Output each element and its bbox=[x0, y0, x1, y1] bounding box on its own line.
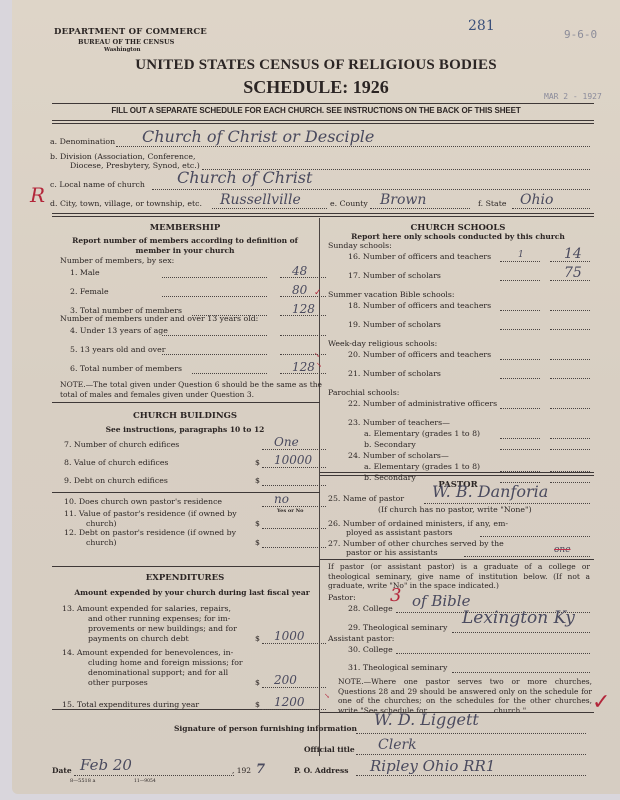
address-line bbox=[356, 775, 586, 776]
signature-field[interactable]: W. D. Liggett bbox=[374, 710, 479, 729]
date-field[interactable]: Feb 20 bbox=[80, 756, 132, 774]
membership-q5-line bbox=[280, 354, 326, 355]
school-field-2[interactable] bbox=[550, 471, 590, 472]
bureau-city: Washington bbox=[104, 47, 141, 53]
denomination-field[interactable]: Church of Christ or Desciple bbox=[142, 127, 374, 146]
membership-q3-field[interactable]: 128 bbox=[292, 302, 315, 316]
membership-note: NOTE.—The total given under Question 6 s… bbox=[60, 380, 322, 399]
address-field[interactable]: Ripley Ohio RR1 bbox=[370, 757, 495, 775]
buildings-q11-label: 11. Value of pastor's residence (if owne… bbox=[64, 509, 237, 518]
membership-q1-field[interactable]: 48 bbox=[292, 264, 307, 278]
buildings-q10-line bbox=[262, 506, 326, 507]
school-value-2[interactable]: 14 bbox=[564, 246, 582, 262]
divider bbox=[320, 559, 594, 560]
year-field[interactable]: 7 bbox=[256, 762, 265, 777]
school-item-label: a. Elementary (grades 1 to 8) bbox=[364, 429, 480, 438]
q29-line bbox=[452, 632, 590, 633]
school-value-1[interactable]: 1 bbox=[518, 250, 524, 260]
expenditure-q14-label: denominational support; and for all bbox=[88, 668, 228, 677]
county-line bbox=[370, 208, 470, 209]
department-name: DEPARTMENT OF COMMERCE bbox=[54, 27, 207, 37]
membership-q5-label: 5. 13 years old and over bbox=[70, 345, 165, 354]
q28-red-mark: 3 bbox=[390, 585, 401, 606]
buildings-q11-label-2: church) bbox=[86, 519, 117, 528]
buildings-subheading: See instructions, paragraphs 10 to 12 bbox=[52, 425, 318, 434]
school-item-label: 19. Number of scholars bbox=[348, 320, 441, 329]
leader-dots bbox=[162, 277, 267, 278]
school-item-label: a. Elementary (grades 1 to 8) bbox=[364, 462, 480, 471]
state-line bbox=[512, 208, 590, 209]
divider bbox=[52, 402, 320, 403]
school-field-1[interactable] bbox=[500, 378, 540, 379]
local-name-field[interactable]: Church of Christ bbox=[177, 168, 312, 187]
membership-heading: MEMBERSHIP bbox=[52, 223, 318, 233]
state-label: f. State bbox=[478, 199, 506, 208]
school-item-label: 24. Number of scholars— bbox=[348, 451, 449, 460]
expenditure-q15-label: 15. Total expenditures during year bbox=[62, 700, 199, 709]
stamp-number: 281 bbox=[468, 18, 495, 34]
buildings-q8-field[interactable]: 10000 bbox=[274, 453, 312, 467]
buildings-q12-line bbox=[262, 547, 326, 548]
school-item-label: 22. Number of administrative officers bbox=[348, 399, 497, 408]
by-sex-label: Number of members, by sex: bbox=[60, 256, 174, 265]
leader-dots bbox=[192, 373, 267, 374]
assistant-pastor-label: Assistant pastor: bbox=[328, 634, 394, 643]
buildings-q12-label: 12. Debt on pastor's residence (if owned… bbox=[64, 528, 236, 537]
dollar-sign: $ bbox=[255, 458, 260, 467]
expenditure-q13-line bbox=[262, 643, 326, 644]
dollar-sign: $ bbox=[255, 634, 260, 643]
expenditure-q14-line bbox=[262, 687, 326, 688]
school-item-label: b. Secondary bbox=[364, 473, 416, 482]
divider bbox=[52, 120, 594, 121]
denomination-label: a. Denomination bbox=[50, 137, 115, 146]
red-tick-mark: ↘ bbox=[316, 361, 322, 369]
q27-line bbox=[464, 556, 590, 557]
date-label: Date bbox=[52, 766, 72, 775]
graduate-note: If pastor (or assistant pastor) is a gra… bbox=[328, 562, 590, 591]
seminary-field[interactable]: Lexington Ky bbox=[462, 608, 575, 628]
school-field-1[interactable] bbox=[500, 449, 540, 450]
year-prefix: , 192 bbox=[232, 766, 251, 775]
school-item-label: 18. Number of officers and teachers bbox=[348, 301, 491, 310]
school-item-label: b. Secondary bbox=[364, 440, 416, 449]
form-title: UNITED STATES CENSUS OF RELIGIOUS BODIES bbox=[12, 57, 620, 74]
school-item-label: 23. Number of teachers— bbox=[348, 418, 450, 427]
school-field-1[interactable] bbox=[500, 261, 540, 262]
q26-field[interactable] bbox=[480, 536, 590, 537]
membership-q4-label: 4. Under 13 years of age bbox=[70, 326, 168, 335]
q27-label-2: pastor or his assistants bbox=[346, 548, 438, 557]
q25-hint: (If church has no pastor, write "None") bbox=[378, 505, 532, 514]
school-field-1[interactable] bbox=[500, 359, 540, 360]
expenditure-q13-label: 13. Amount expended for salaries, repair… bbox=[62, 604, 231, 613]
buildings-q10-label: 10. Does church own pastor's residence bbox=[64, 497, 222, 506]
dollar-sign: $ bbox=[255, 538, 260, 547]
local-name-line bbox=[152, 189, 590, 190]
membership-q2-label: 2. Female bbox=[70, 287, 109, 296]
local-name-label: c. Local name of church bbox=[50, 180, 145, 189]
school-item-label: 17. Number of scholars bbox=[348, 271, 441, 280]
expenditure-q15-field[interactable]: 1200 bbox=[274, 695, 305, 709]
q26-label-2: ployed as assistant pastors bbox=[346, 528, 453, 537]
divider bbox=[320, 475, 594, 476]
pastor-label: Pastor: bbox=[328, 593, 356, 602]
expenditures-heading: EXPENDITURES bbox=[52, 573, 318, 583]
census-schedule-sheet: DEPARTMENT OF COMMERCE BUREAU OF THE CEN… bbox=[12, 0, 620, 794]
buildings-q10-field[interactable]: no bbox=[274, 492, 289, 506]
leader-dots bbox=[162, 296, 267, 297]
school-field-2[interactable] bbox=[550, 329, 590, 330]
expenditure-q13-label: provements or new buildings; and for bbox=[88, 624, 237, 633]
assistant-college-field[interactable] bbox=[396, 653, 590, 654]
leader-dots bbox=[162, 354, 267, 355]
divider bbox=[52, 213, 594, 214]
membership-intro-1: Report number of members according to de… bbox=[52, 236, 318, 245]
schedule-title: SCHEDULE: 1926 bbox=[12, 77, 620, 98]
leader-dots bbox=[192, 315, 267, 316]
buildings-q12-label-2: church) bbox=[86, 538, 117, 547]
expenditures-subheading: Amount expended by your church during la… bbox=[67, 588, 317, 597]
buildings-q9-line bbox=[262, 485, 326, 486]
city-field[interactable]: Russellville bbox=[220, 192, 301, 208]
buildings-q8-label: 8. Value of church edifices bbox=[64, 458, 168, 467]
buildings-q9-label: 9. Debt on church edifices bbox=[64, 476, 168, 485]
assistant-seminary-field[interactable] bbox=[452, 672, 590, 673]
official-title-line bbox=[356, 754, 586, 755]
school-group-title: Summer vacation Bible schools: bbox=[328, 290, 455, 299]
buildings-q7-field[interactable]: One bbox=[274, 435, 299, 449]
school-field-1[interactable] bbox=[500, 438, 540, 439]
school-value-2[interactable]: 75 bbox=[564, 265, 582, 281]
membership-q4-line bbox=[280, 335, 326, 336]
school-field-1[interactable] bbox=[500, 408, 540, 409]
stamp-code: 9-6-0 bbox=[564, 28, 597, 41]
received-date-stamp: MAR 2 - 1927 bbox=[544, 92, 602, 101]
address-label: P. O. Address bbox=[294, 766, 348, 775]
expenditure-q14-label: other purposes bbox=[88, 678, 148, 687]
divider bbox=[52, 216, 594, 217]
school-field-2[interactable] bbox=[550, 482, 590, 483]
q30-label: 30. College bbox=[348, 645, 393, 654]
school-group-title: Parochial schools: bbox=[328, 388, 399, 397]
signature-line bbox=[356, 733, 586, 734]
buildings-q8-line bbox=[262, 467, 326, 468]
red-check-mark: ✓ bbox=[592, 690, 610, 715]
q31-label: 31. Theological seminary bbox=[348, 663, 447, 672]
buildings-q11-line bbox=[262, 528, 326, 529]
bureau-name: BUREAU OF THE CENSUS bbox=[78, 38, 174, 46]
expenditure-q14-label: 14. Amount expended for benevolences, in… bbox=[62, 648, 233, 657]
q25-label: 25. Name of pastor bbox=[328, 494, 404, 503]
q29-label: 29. Theological seminary bbox=[348, 623, 447, 632]
official-title-field[interactable]: Clerk bbox=[378, 737, 417, 753]
expenditure-q14-label: cluding home and foreign missions; for bbox=[88, 658, 243, 667]
date-line bbox=[74, 775, 234, 776]
school-field-2[interactable] bbox=[550, 438, 590, 439]
divider bbox=[320, 472, 594, 473]
red-tick-mark: ↘ bbox=[314, 351, 320, 359]
membership-intro-2: member in your church bbox=[52, 246, 318, 255]
city-line bbox=[212, 208, 327, 209]
expenditure-q15-line bbox=[262, 709, 326, 710]
q28-label: 28. College bbox=[348, 604, 393, 613]
column-divider bbox=[319, 218, 320, 756]
q26-label-1: 26. Number of ordained ministers, if any… bbox=[328, 519, 508, 528]
dollar-sign: $ bbox=[255, 519, 260, 528]
signature-label: Signature of person furnishing informati… bbox=[174, 724, 357, 733]
margin-mark: R bbox=[30, 183, 45, 207]
fill-out-instructions: FILL OUT A SEPARATE SCHEDULE FOR EACH CH… bbox=[12, 106, 620, 115]
red-tick-mark: ↘ bbox=[324, 692, 330, 700]
state-field[interactable]: Ohio bbox=[520, 192, 553, 208]
school-field-1[interactable] bbox=[500, 482, 540, 483]
school-item-label: 16. Number of officers and teachers bbox=[348, 252, 491, 261]
expenditure-q13-field[interactable]: 1000 bbox=[274, 629, 305, 643]
print-code: 11—9054 bbox=[134, 779, 156, 784]
buildings-heading: CHURCH BUILDINGS bbox=[52, 411, 318, 421]
expenditure-q13-label: payments on church debt bbox=[88, 634, 189, 643]
membership-q3-label: 3. Total number of members bbox=[70, 306, 182, 315]
school-field-1[interactable] bbox=[500, 329, 540, 330]
schools-intro: Report here only schools conducted by th… bbox=[322, 232, 594, 241]
membership-q6-field[interactable]: 128 bbox=[292, 360, 315, 374]
school-field-1[interactable] bbox=[500, 471, 540, 472]
denomination-line bbox=[116, 146, 590, 147]
city-label: d. City, town, village, or township, etc… bbox=[50, 199, 202, 208]
school-group-title: Sunday schools: bbox=[328, 241, 392, 250]
school-group-title: Week-day religious schools: bbox=[328, 339, 437, 348]
divider bbox=[52, 566, 320, 567]
pastor-name-field[interactable]: W. B. Danforia bbox=[432, 482, 548, 501]
membership-q1-label: 1. Male bbox=[70, 268, 100, 277]
expenditure-q13-label: and other running expenses; for im- bbox=[88, 614, 230, 623]
division-label: b. Division (Association, Conference, bbox=[50, 152, 195, 161]
school-field-2[interactable] bbox=[550, 310, 590, 311]
buildings-q7-label: 7. Number of church edifices bbox=[64, 440, 179, 449]
school-field-1[interactable] bbox=[500, 280, 540, 281]
school-field-1[interactable] bbox=[500, 310, 540, 311]
q27-label-1: 27. Number of other churches served by t… bbox=[328, 539, 504, 548]
membership-q6-label: 6. Total number of members bbox=[70, 364, 182, 373]
county-field[interactable]: Brown bbox=[380, 192, 426, 208]
school-field-2[interactable] bbox=[550, 408, 590, 409]
form-code: 8—5518 a bbox=[70, 778, 95, 784]
official-title-label: Official title bbox=[304, 745, 355, 754]
divider bbox=[52, 103, 594, 104]
school-item-label: 20. Number of officers and teachers bbox=[348, 350, 491, 359]
expenditure-q14-field[interactable]: 200 bbox=[274, 673, 297, 687]
dollar-sign: $ bbox=[255, 700, 260, 709]
school-field-2[interactable] bbox=[550, 378, 590, 379]
school-item-label: 21. Number of scholars bbox=[348, 369, 441, 378]
dollar-sign: $ bbox=[255, 476, 260, 485]
divider bbox=[52, 123, 594, 124]
dollar-sign: $ bbox=[255, 678, 260, 687]
q27-field[interactable]: one bbox=[554, 545, 571, 555]
leader-dots bbox=[162, 335, 267, 336]
q25-line bbox=[424, 503, 590, 504]
school-field-2[interactable] bbox=[550, 359, 590, 360]
yes-no-hint: Yes or No bbox=[277, 508, 304, 514]
buildings-q7-line bbox=[262, 449, 326, 450]
school-field-2[interactable] bbox=[550, 449, 590, 450]
membership-q2-field[interactable]: 80 bbox=[292, 283, 307, 297]
county-label: e. County bbox=[330, 199, 368, 208]
